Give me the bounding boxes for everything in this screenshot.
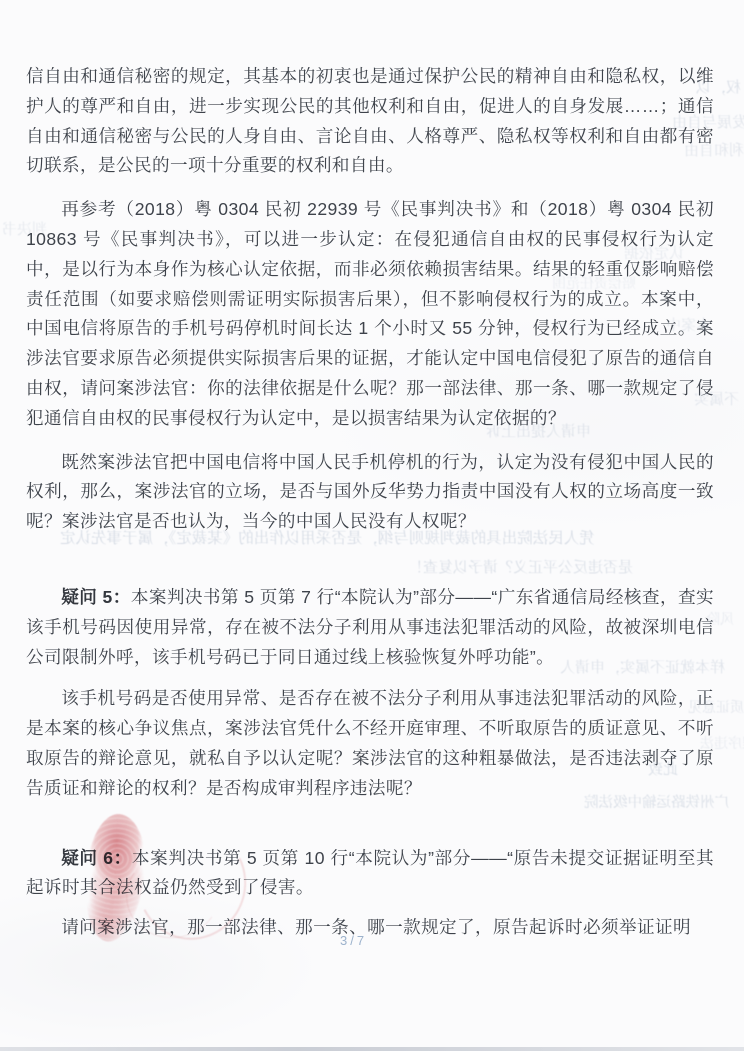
paragraph: 既然案涉法官把中国电信将中国人民手机停机的行为，认定为没有侵犯中国人民的权利，那… xyxy=(26,448,714,537)
question-label: 疑问 5： xyxy=(61,587,131,607)
paragraph: 再参考（2018）粤 0304 民初 22939 号《民事判决书》和（2018）… xyxy=(26,195,714,433)
paragraph: 该手机号码是否使用异常、是否存在被不法分子利用从事违法犯罪活动的风险，正是本案的… xyxy=(26,684,714,803)
paragraph-text: 该手机号码是否使用异常、是否存在被不法分子利用从事违法犯罪活动的风险，正是本案的… xyxy=(26,688,714,797)
document-page: 信自由和通信秘密的规定，其基本的初衷也是通过保护公民的精神自由和隐私权，以维护人… xyxy=(0,0,744,1051)
paragraph-text: 既然案涉法官把中国电信将中国人民手机停机的行为，认定为没有侵犯中国人民的权利，那… xyxy=(26,452,714,532)
question-paragraph: 疑问 5：本案判决书第 5 页第 7 行“本院认为”部分——“广东省通信局经核查… xyxy=(26,583,714,672)
paragraph-text: 信自由和通信秘密的规定，其基本的初衷也是通过保护公民的精神自由和隐私权，以维护人… xyxy=(26,66,714,175)
scan-edge-shadow xyxy=(0,1047,744,1051)
paragraph: 信自由和通信秘密的规定，其基本的初衷也是通过保护公民的精神自由和隐私权，以维护人… xyxy=(26,62,714,181)
page-number: 3/7 xyxy=(340,933,367,948)
paragraph-text: 再参考（2018）粤 0304 民初 22939 号《民事判决书》和（2018）… xyxy=(26,199,714,428)
document-body: 信自由和通信秘密的规定，其基本的初衷也是通过保护公民的精神自由和隐私权，以维护人… xyxy=(26,0,714,943)
